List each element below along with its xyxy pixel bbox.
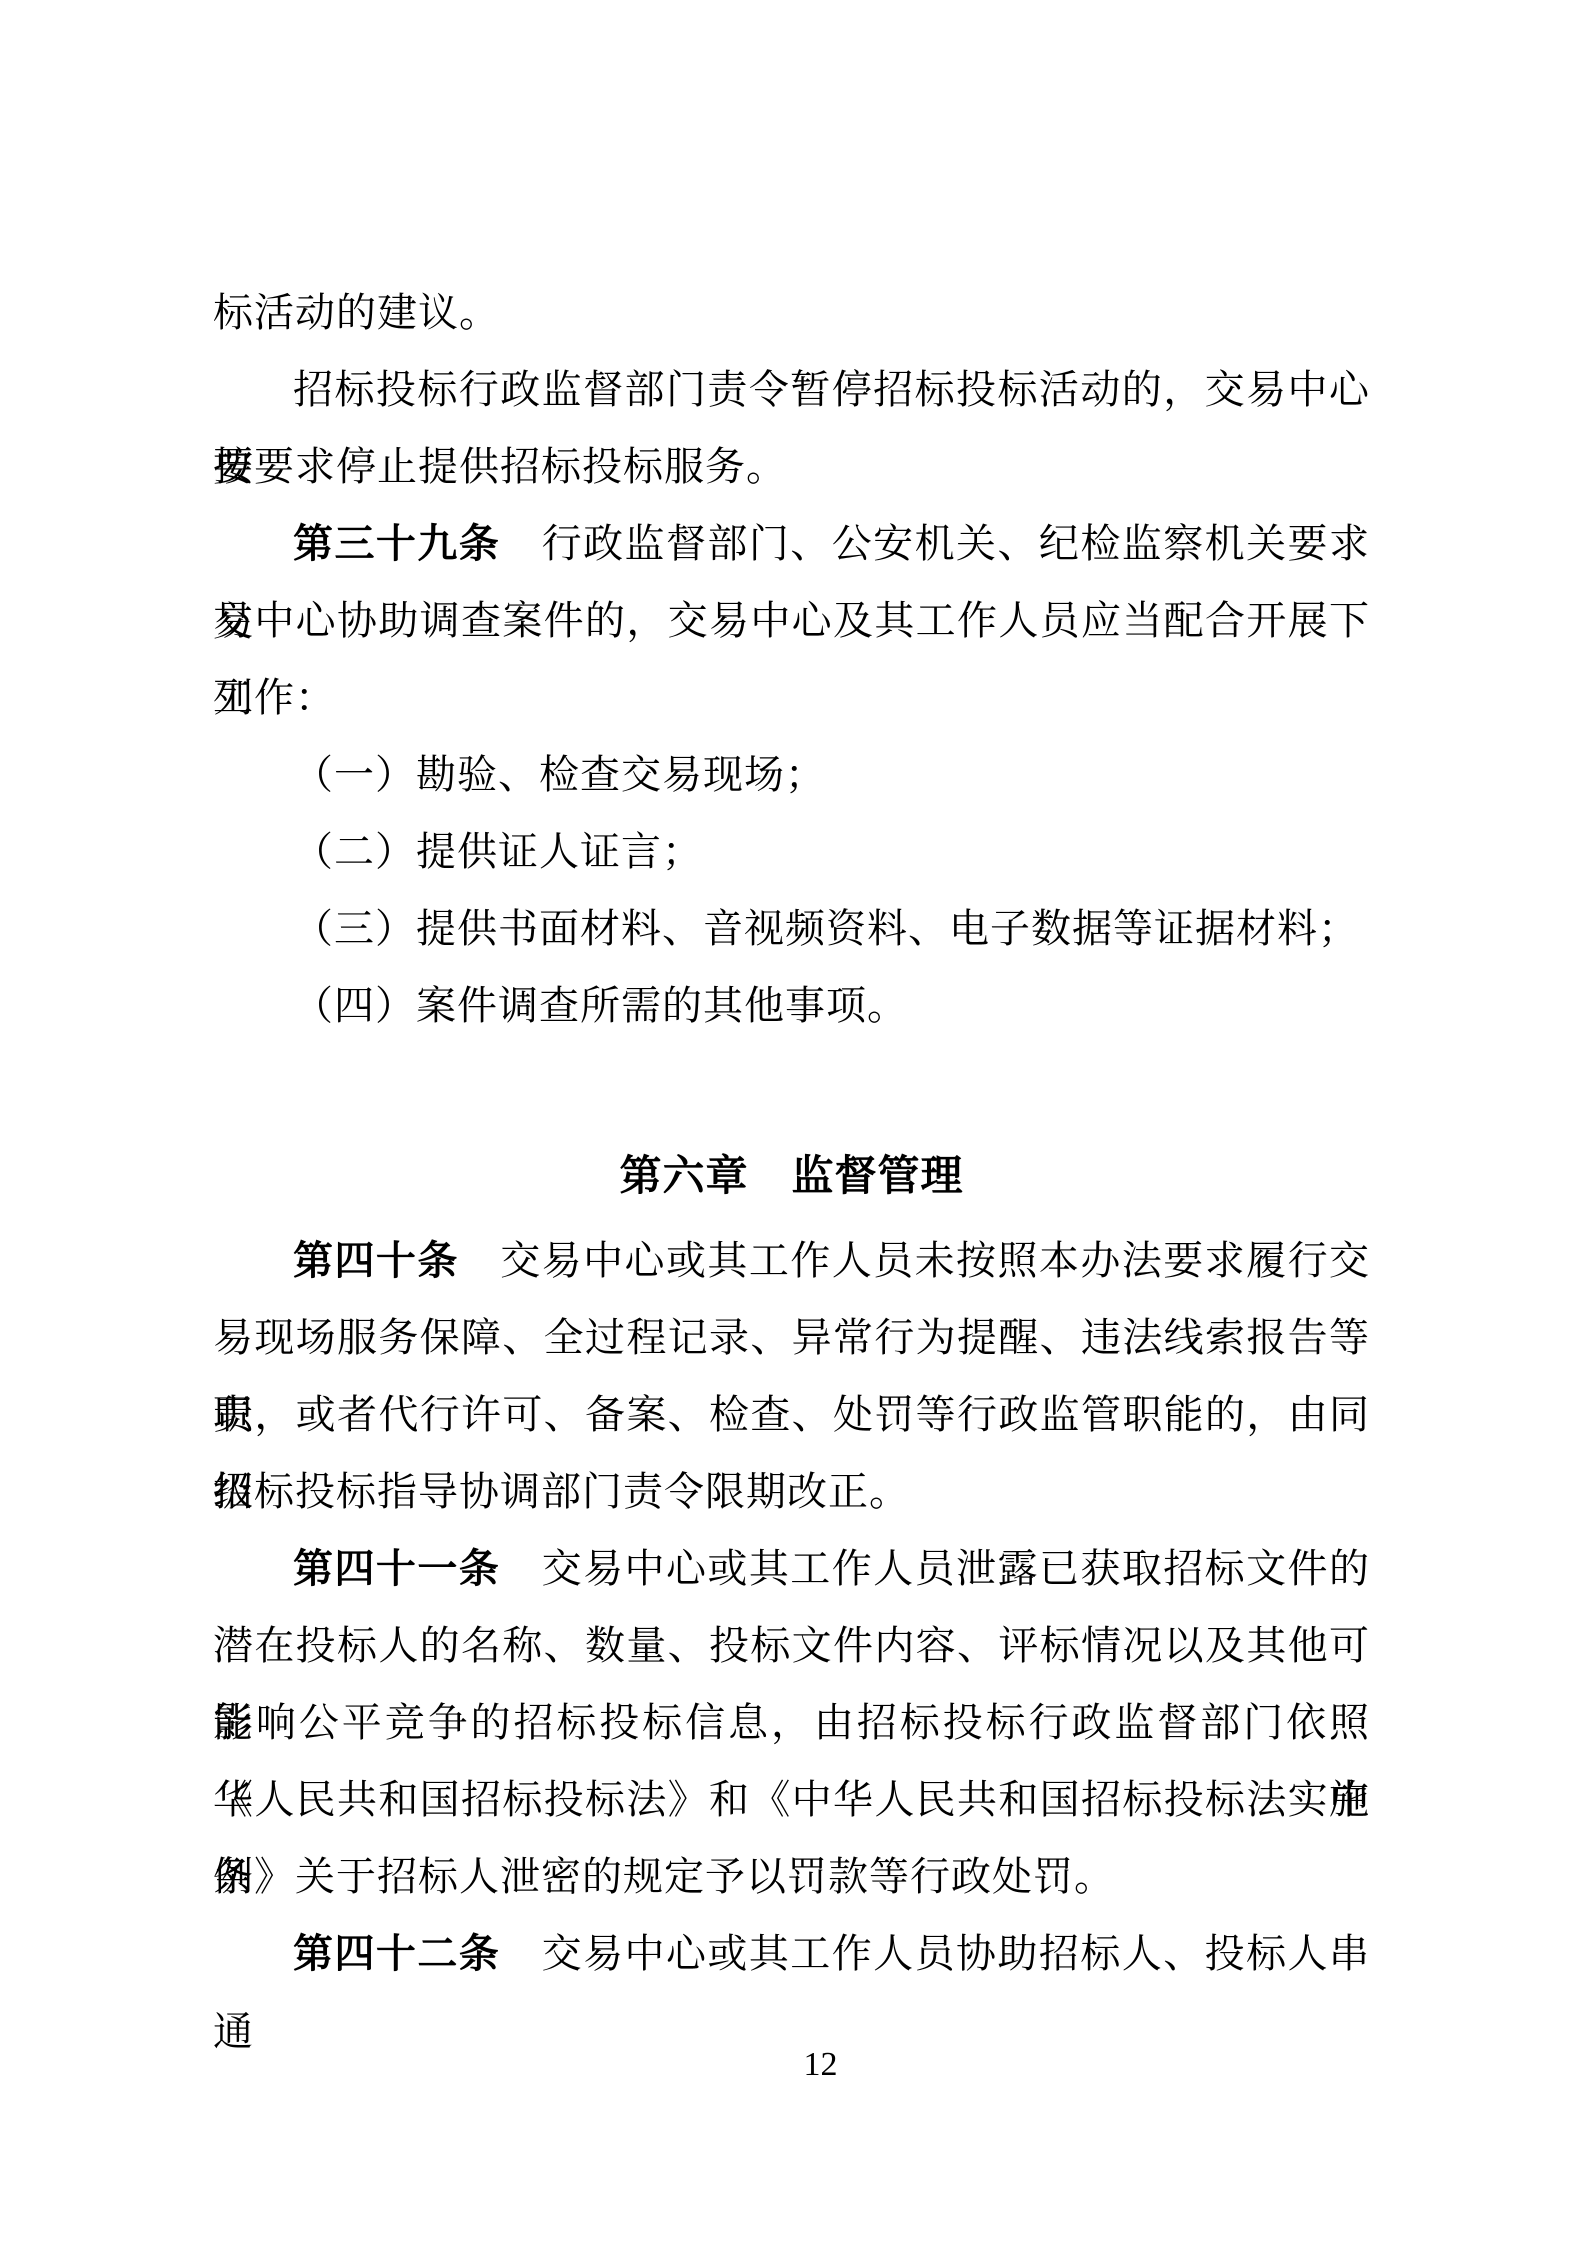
article-number: 第四十一条 [293, 1547, 500, 1591]
document-line: 招标投标行政监督部门责令暂停招标投标活动的，交易中心要 [213, 351, 1370, 428]
document-page: 标活动的建议。 招标投标行政监督部门责令暂停招标投标活动的，交易中心要 按要求停… [0, 0, 1587, 2245]
document-line: 华人民共和国招标投标法》和《中华人民共和国招标投标法实施条 [213, 1761, 1370, 1838]
document-line: 影响公平竞争的招标投标信息，由招标投标行政监督部门依照《中 [213, 1684, 1370, 1761]
page-number: 12 [54, 2045, 1587, 2085]
article-number: 第四十条 [293, 1239, 459, 1283]
document-line: 责，或者代行许可、备案、检查、处罚等行政监管职能的，由同级 [213, 1376, 1370, 1453]
article-number: 第三十九条 [293, 522, 500, 566]
list-item: （三）提供书面材料、音视频资料、电子数据等证据材料； [213, 890, 1370, 967]
list-item: （二）提供证人证言； [213, 813, 1370, 890]
document-line: 易现场服务保障、全过程记录、异常行为提醒、违法线索报告等职 [213, 1299, 1370, 1376]
line-text: 交易中心或其工作人员未按照本办法要求履行交 [459, 1238, 1370, 1283]
document-line: 第四十条 交易中心或其工作人员未按照本办法要求履行交 [213, 1222, 1370, 1299]
list-item: （四）案件调查所需的其他事项。 [213, 967, 1370, 1044]
document-line: 第三十九条 行政监督部门、公安机关、纪检监察机关要求交 [213, 505, 1370, 582]
chapter-heading: 第六章 监督管理 [213, 1137, 1370, 1214]
document-line: 标活动的建议。 [213, 274, 1370, 351]
document-line: 潜在投标人的名称、数量、投标文件内容、评标情况以及其他可能 [213, 1607, 1370, 1684]
list-item: （一）勘验、检查交易现场； [213, 736, 1370, 813]
line-text: 交易中心或其工作人员泄露已获取招标文件的 [500, 1546, 1370, 1591]
document-line: 招标投标指导协调部门责令限期改正。 [213, 1453, 1370, 1530]
document-line: 第四十二条 交易中心或其工作人员协助招标人、投标人串通 [213, 1915, 1370, 1992]
article-number: 第四十二条 [293, 1932, 500, 1976]
document-line: 按要求停止提供招标投标服务。 [213, 428, 1370, 505]
document-line: 易中心协助调查案件的，交易中心及其工作人员应当配合开展下列 [213, 582, 1370, 659]
document-line: 第四十一条 交易中心或其工作人员泄露已获取招标文件的 [213, 1530, 1370, 1607]
document-line: 工作： [213, 659, 1370, 736]
document-body: 标活动的建议。 招标投标行政监督部门责令暂停招标投标活动的，交易中心要 按要求停… [213, 274, 1370, 1992]
document-line: 例》关于招标人泄密的规定予以罚款等行政处罚。 [213, 1838, 1370, 1915]
